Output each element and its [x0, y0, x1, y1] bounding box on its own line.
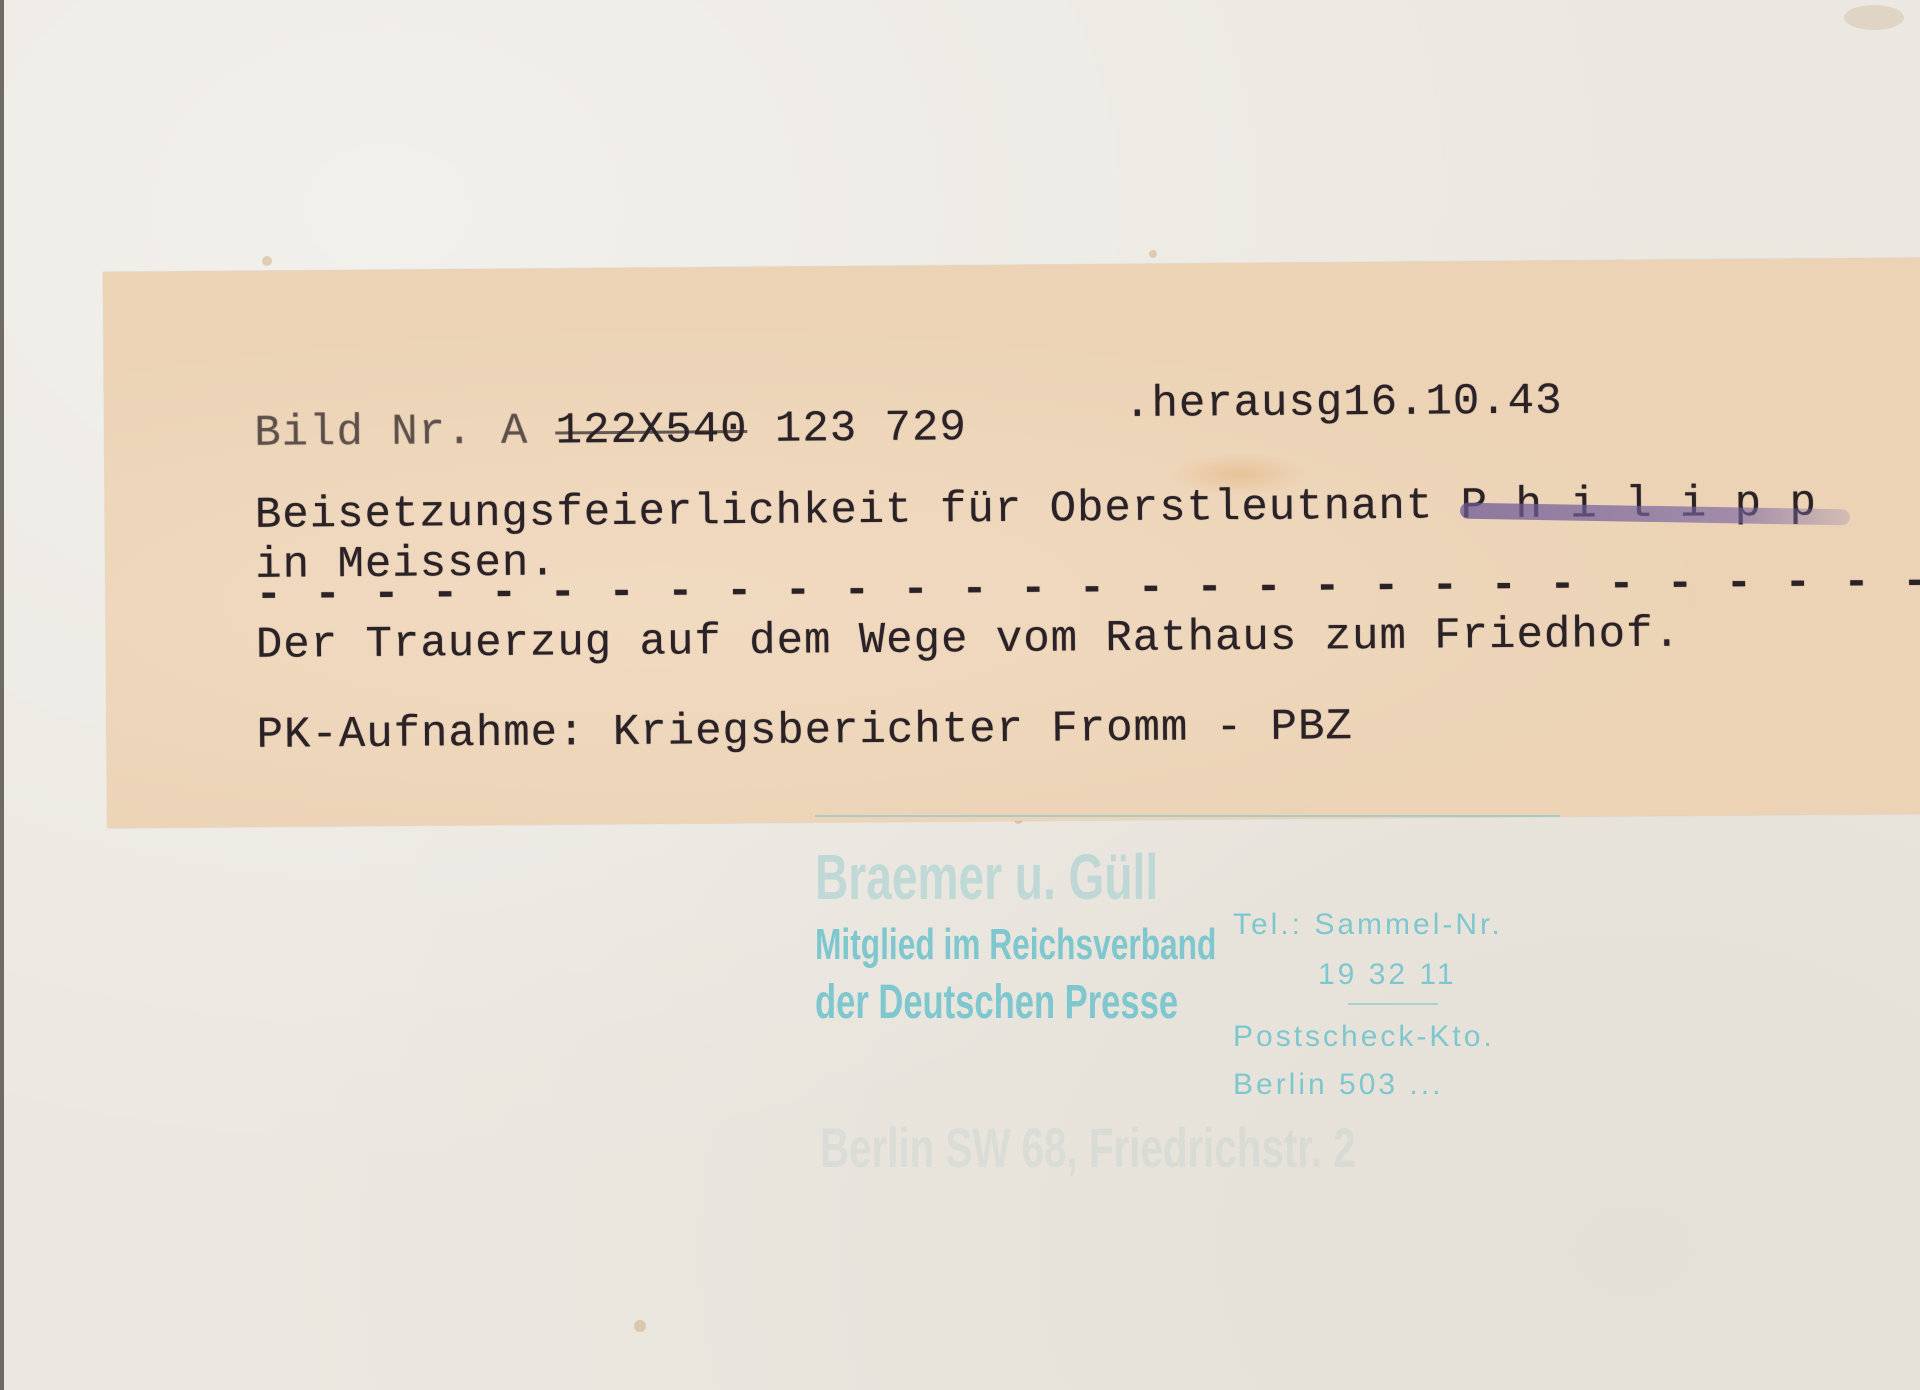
- stamp-address: Berlin SW 68, Friedrichstr. 2: [820, 1115, 1356, 1180]
- photographer-credit: PK-Aufnahme: Kriegsberichter Fromm - PBZ: [256, 702, 1353, 761]
- stamp-press-association: der Deutschen Presse: [815, 975, 1178, 1030]
- caption-title: Beisetzungsfeierlichkeit für Oberstleutn…: [255, 481, 1461, 540]
- typed-caption-label: Bild Nr. A 122X540 123 729 .herausg16.10…: [103, 258, 1920, 828]
- foxing-stain: [1149, 250, 1157, 258]
- photo-number-prefix: Bild Nr. A: [254, 406, 556, 458]
- photo-number: 123 729: [747, 403, 967, 455]
- foxing-stain: [262, 256, 272, 266]
- stamp-agency-name: Braemer u. Güll: [815, 840, 1158, 914]
- stamp-postal-check: Postscheck-Kto.: [1233, 1020, 1495, 1054]
- stamp-postal-account: Berlin 503 ...: [1233, 1068, 1443, 1102]
- stamp-top-rule: [815, 815, 1560, 817]
- stamp-divider: [1348, 1003, 1438, 1005]
- stamp-telephone-label: Tel.: Sammel-Nr.: [1233, 908, 1503, 942]
- foxing-stain: [634, 1320, 646, 1332]
- release-date: .herausg16.10.43: [1124, 377, 1563, 430]
- corner-stain: [1844, 5, 1904, 30]
- stamp-membership: Mitglied im Reichsverband: [815, 920, 1216, 970]
- struck-out-number: 122X540: [556, 405, 748, 457]
- stamp-telephone-number: 19 32 11: [1318, 958, 1457, 992]
- photo-number-line: Bild Nr. A 122X540 123 729: [254, 403, 967, 459]
- caption-description: Der Trauerzug auf dem Wege vom Rathaus z…: [256, 610, 1681, 671]
